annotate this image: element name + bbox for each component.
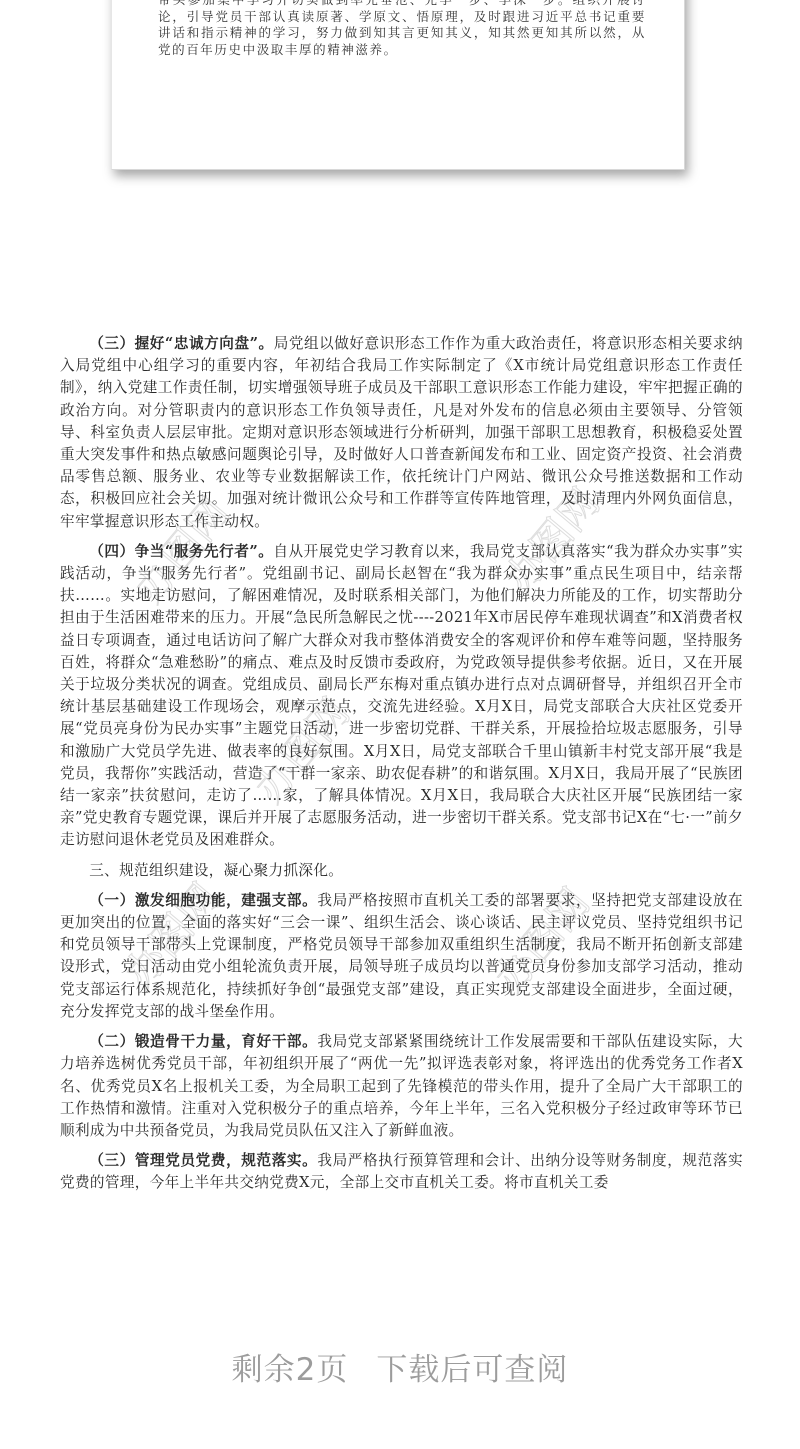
paragraph-party-dues: （三）管理党员党费，规范落实。我局严格执行预算管理和会计、出纳分设等财务制度，规… (60, 1150, 743, 1194)
remaining-pages-banner[interactable]: 剩余2页下载后可查阅 (0, 1340, 800, 1400)
paragraph-lead: （三）管理党员党费，规范落实。 (89, 1152, 317, 1169)
document-body: （三）握好“忠诚方向盘”。局党组以做好意识形态工作作为重大政治责任，将意识形态相… (60, 333, 743, 1203)
paragraph-lead: （三）握好“忠诚方向盘”。 (89, 335, 274, 352)
paragraph-lead: （四）争当“服务先行者”。 (89, 543, 273, 560)
paragraph-text: 局党组以做好意识形态工作作为重大政治责任，将意识形态相关要求纳入局党组中心组学习… (60, 335, 743, 530)
paragraph-lead: （一）激发细胞功能，建强支部。 (89, 892, 317, 909)
paragraph-branch-building: （一）激发细胞功能，建强支部。我局严格按照市直机关工委的部署要求，坚持把党支部建… (60, 890, 743, 1023)
remaining-pages-count[interactable]: 剩余2页 (232, 1340, 349, 1400)
paragraph-cadre-training: （二）锻造骨干力量，育好干部。我局党支部紧紧围绕统计工作发展需要和干部队伍建设实… (60, 1031, 743, 1142)
download-to-view-hint[interactable]: 下载后可查阅 (376, 1340, 568, 1400)
paragraph-service-pioneer: （四）争当“服务先行者”。自从开展党史学习教育以来，我局党支部认真落实“我为群众… (60, 541, 743, 852)
preview-page-card: 带头参加集中学习并切实做到率先垂范、先学一步、学深一步。组织开展讨论，引导党员干… (111, 0, 685, 170)
paragraph-text: 我局严格按照市直机关工委的部署要求，坚持把党支部建设放在更加突出的位置，全面的落… (60, 892, 743, 1020)
preview-paragraph: 带头参加集中学习并切实做到率先垂范、先学一步、学深一步。组织开展讨论，引导党员干… (158, 0, 646, 58)
preview-page-text: 带头参加集中学习并切实做到率先垂范、先学一步、学深一步。组织开展讨论，引导党员干… (158, 0, 646, 58)
section-heading: 三、规范组织建设，凝心聚力抓深化。 (60, 860, 743, 882)
paragraph-text: 自从开展党史学习教育以来，我局党支部认真落实“我为群众办实事”实践活动，争当“服… (60, 543, 743, 849)
paragraph-lead: （二）锻造骨干力量，育好干部。 (89, 1033, 317, 1050)
paragraph-loyalty-direction: （三）握好“忠诚方向盘”。局党组以做好意识形态工作作为重大政治责任，将意识形态相… (60, 333, 743, 533)
